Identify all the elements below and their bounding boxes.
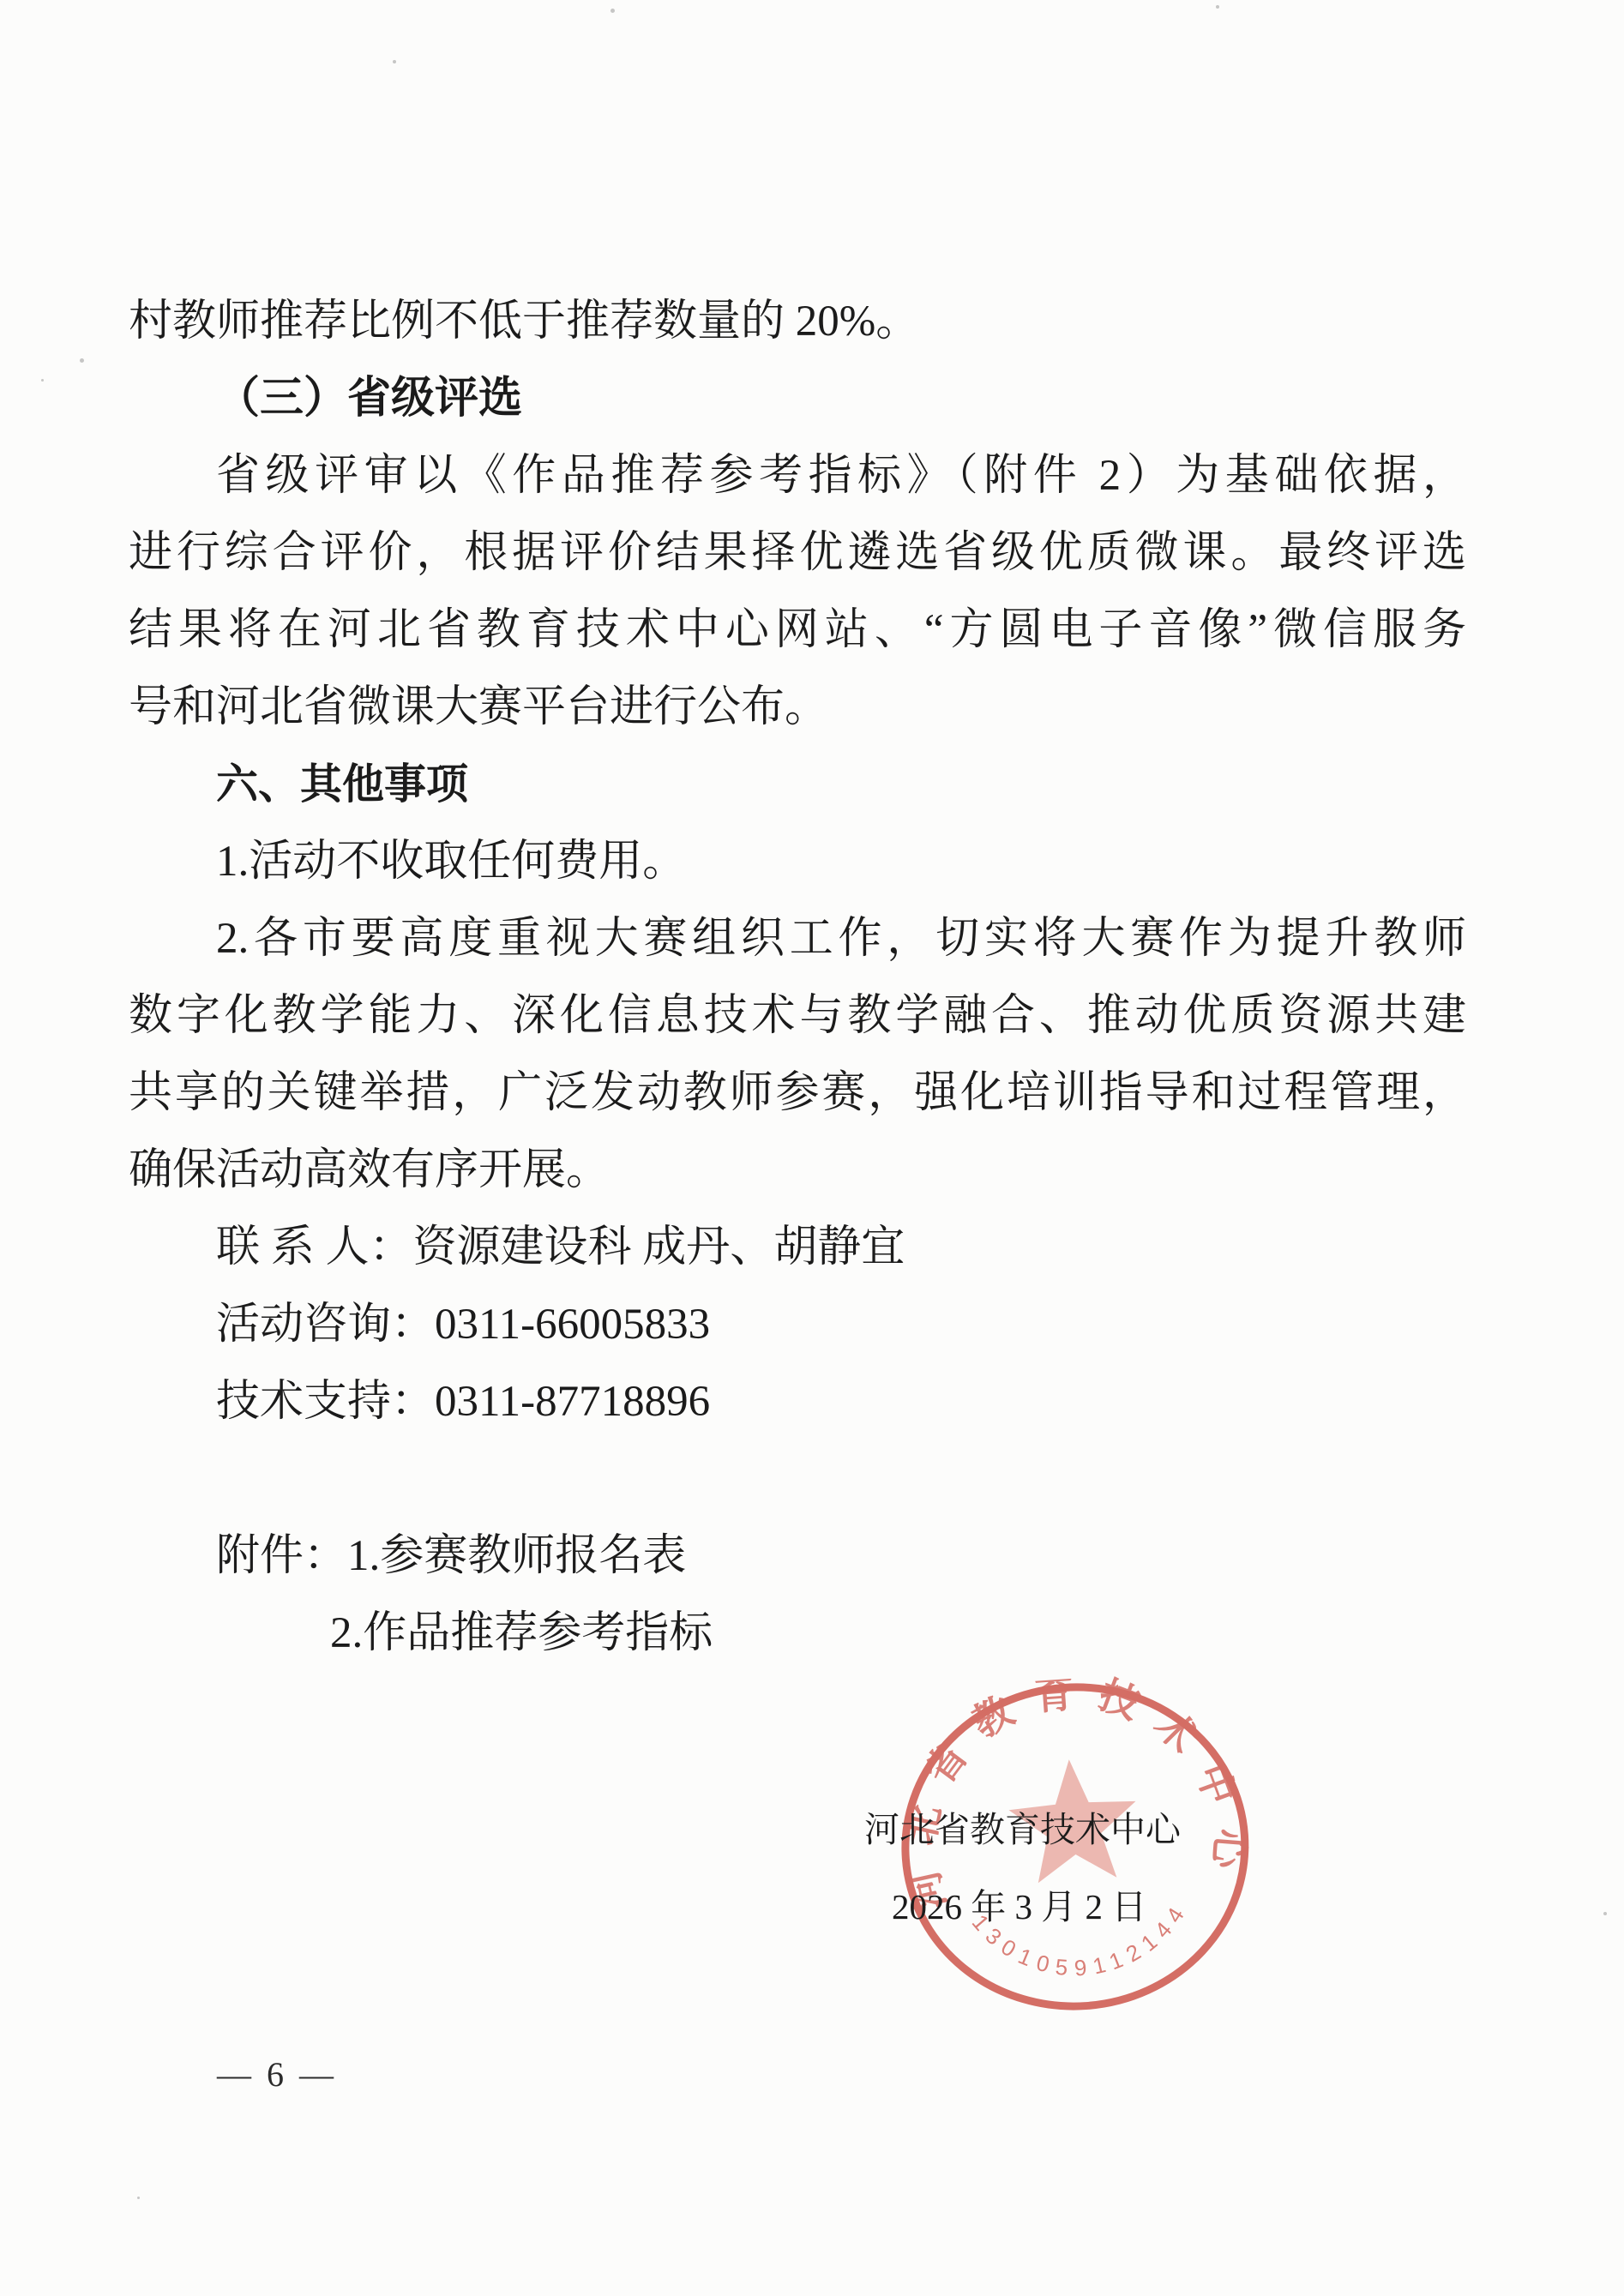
activity-phone-line: 活动咨询：0311-66005833 [129,1286,1466,1363]
section-heading: 六、其他事项 [129,746,1466,823]
section-heading: （三）省级评选 [129,360,1466,437]
blank-line [129,1440,1466,1518]
paragraph-line: 进行综合评价，根据评价结果择优遴选省级优质微课。最终评选 [129,514,1466,592]
signature-date: 2026 年 3 月 2 日 [892,1884,1146,1929]
scan-speck [80,358,84,363]
page-number: — 6 — [217,2054,337,2095]
list-item: 1.活动不收取任何费用。 [129,823,1466,900]
paragraph-line: 结果将在河北省教育技术中心网站、“方圆电子音像”微信服务 [129,592,1466,669]
paragraph-line: 省级评审以《作品推荐参考指标》（附件 2）为基础依据， [129,437,1466,514]
paragraph-line: 数字化教学能力、深化信息技术与教学融合、推动优质资源共建 [129,977,1466,1055]
seal-ring-text: 河北省教育技术中心 [886,1667,1256,1914]
scan-speck [1603,1912,1607,1915]
attachment-line: 附件：1.参赛教师报名表 [129,1518,1466,1595]
document-body: 村教师推荐比例不低于推荐数量的 20%。 （三）省级评选 省级评审以《作品推荐参… [129,283,1466,1672]
support-phone-line: 技术支持：0311-87718896 [129,1363,1466,1440]
attachment-line: 2.作品推荐参考指标 [129,1595,1466,1672]
paragraph-line: 共享的关键举措，广泛发动教师参赛，强化培训指导和过程管理， [129,1055,1466,1132]
scan-speck [41,379,44,382]
signature-organization: 河北省教育技术中心 [864,1807,1181,1852]
paragraph-line: 确保活动高效有序开展。 [129,1132,1466,1209]
scan-speck [393,60,396,63]
list-item: 2.各市要高度重视大赛组织工作，切实将大赛作为提升教师 [129,900,1466,977]
scan-speck [611,9,615,13]
scanned-document-page: { "document": { "lines": [ "村教师推荐比例不低于推荐… [0,0,1624,2296]
paragraph-line: 号和河北省微课大赛平台进行公布。 [129,669,1466,746]
scan-speck [1216,5,1219,9]
paragraph-line: 村教师推荐比例不低于推荐数量的 20%。 [129,283,1466,360]
contact-person-line: 联 系 人：资源建设科 成丹、胡静宜 [129,1209,1466,1286]
scan-speck [137,2197,140,2199]
